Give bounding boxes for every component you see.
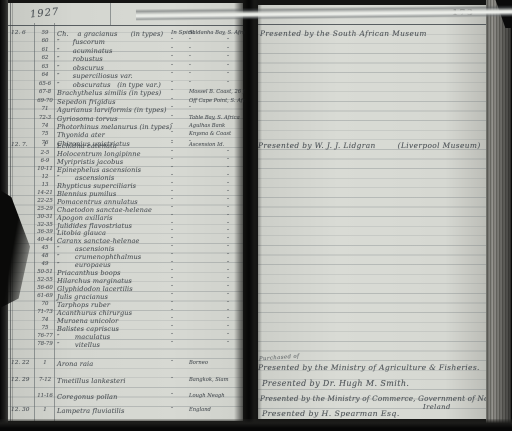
entry-date: 12. 29 (11, 377, 35, 383)
ledger-right-page: 173 Presented by the South African Museu… (258, 5, 486, 419)
locality: ″ (189, 81, 191, 87)
species-name: Holocentrum longipinne (57, 150, 141, 158)
spirit-mark: ″ (171, 106, 173, 112)
spirit-mark: ″ (171, 377, 173, 383)
specimen-number: 22-25 (33, 198, 57, 204)
specimen-number: 65-6 (33, 81, 57, 87)
spirit-mark: ″ (171, 407, 173, 413)
specimen-number: 78-79 (33, 341, 57, 347)
spirit-mark: ″ (171, 269, 173, 275)
spirit-mark: ″ (171, 229, 173, 235)
locality-ditto: ″ (227, 253, 229, 259)
locality-ditto: ″ (227, 301, 229, 307)
locality-ditto: ″ (227, 341, 229, 347)
spirit-mark: ″ (171, 182, 173, 188)
species-name: Myripristis jacobus (57, 158, 123, 166)
locality-ditto: ″ (227, 38, 229, 44)
specimen-number: 11-16 (33, 393, 57, 399)
specimen-number: 72-3 (33, 115, 57, 121)
entry-date: 12. 7. (11, 142, 35, 148)
specimen-number: 1 (33, 360, 57, 366)
specimen-number: 32-35 (33, 222, 57, 228)
locality: ″ (189, 55, 191, 61)
species-name: Tmetillus lankesteri (57, 377, 126, 385)
species-name: Pomacentrus annulatus (57, 198, 138, 206)
entry-date: 12. 22 (11, 360, 35, 366)
top-rule-line (8, 25, 243, 26)
spirit-mark: ″ (171, 38, 173, 44)
spirit-mark: ″ (171, 72, 173, 78)
locality-ditto: ″ (227, 166, 229, 172)
spirit-mark: ″ (171, 253, 173, 259)
species-name: Rhypticus superciliaris (57, 182, 136, 190)
species-name: Priacanthus boops (57, 269, 121, 277)
table-row: 11-16Coregonus pollan″Lough Neagh (8, 393, 243, 402)
locality-ditto: ″ (227, 55, 229, 61)
spirit-mark: ″ (171, 142, 173, 148)
spirit-mark: ″ (171, 174, 173, 180)
species-name: Sepedon frigidus (57, 98, 116, 106)
locality-ditto: ″ (227, 222, 229, 228)
locality-ditto: ″ (227, 261, 229, 267)
species-name: Caranx sanctae-helenae (57, 237, 140, 245)
locality-ditto: ″ (227, 206, 229, 212)
specimen-number: 64 (33, 72, 57, 78)
locality-ditto: ″ (227, 158, 229, 164)
specimen-number: 40-44 (33, 237, 57, 243)
spirit-mark: ″ (171, 98, 173, 104)
species-name: ″ crumenophthalmus (57, 253, 141, 261)
ledger-left-page: 1927 12. 659Ch. a gracianus (in types)In… (8, 3, 243, 421)
locality-ditto: ″ (227, 285, 229, 291)
specimen-number: 70 (33, 301, 57, 307)
spirit-mark: ″ (171, 261, 173, 267)
entry-date: 12. 30 (11, 407, 35, 413)
book-gutter (234, 0, 262, 431)
specimen-number: 14-21 (33, 190, 57, 196)
locality: ″ (189, 47, 191, 53)
locality-ditto: ″ (227, 317, 229, 323)
spirit-mark: ″ (171, 158, 173, 164)
locality: Knysna & Coast (189, 131, 231, 137)
locality-ditto: ″ (227, 269, 229, 275)
table-row: 12. 297-12Tmetillus lankesteri″Bangkok, … (8, 377, 243, 386)
spirit-mark: ″ (171, 206, 173, 212)
locality-ditto: ″ (227, 293, 229, 299)
species-name: Agurianus larviformis (in types) (57, 106, 167, 114)
donor-note: Presented by the Ministry of Commerce, G… (260, 394, 512, 403)
species-name: Epinephelus ascensionis (57, 166, 141, 174)
specimen-number: 36-39 (33, 229, 57, 235)
spirit-mark: ″ (171, 317, 173, 323)
species-name: Thyonida ater (57, 131, 105, 139)
donor-note: Presented by W. J. J. Lidgran (Liverpool… (258, 141, 481, 150)
ledger-scan-photo: 1927 12. 659Ch. a gracianus (in types)In… (0, 0, 512, 431)
donor-note: Presented by the South African Museum (260, 29, 427, 38)
specimen-number: 2-5 (33, 150, 57, 156)
species-name: Ch. a gracianus (in types) (57, 30, 163, 38)
top-rule-line (258, 24, 486, 25)
locality-ditto: ″ (227, 182, 229, 188)
spirit-mark: ″ (171, 123, 173, 129)
specimen-number: 7-12 (33, 377, 57, 383)
locality-ditto: ″ (227, 72, 229, 78)
spirit-mark: ″ (171, 237, 173, 243)
spirit-mark: ″ (171, 245, 173, 251)
spirit-mark: ″ (171, 222, 173, 228)
specimen-number: 61 (33, 47, 57, 53)
species-name: Blennius pumilus (57, 190, 116, 198)
spirit-mark: ″ (171, 393, 173, 399)
specimen-number: 61-69 (33, 293, 57, 299)
specimen-number: 30-31 (33, 214, 57, 220)
locality: Borneo (189, 360, 208, 366)
specimen-number: 10-11 (33, 166, 57, 172)
specimen-number: 48 (33, 253, 57, 259)
spirit-mark: ″ (171, 150, 173, 156)
locality-ditto: ″ (227, 190, 229, 196)
specimen-number: 76-77 (33, 333, 57, 339)
donor-note-struck: Purchased of (259, 354, 300, 363)
year-label: 1927 (30, 6, 60, 20)
table-row: 12. 221Arona raia″Borneo (8, 360, 243, 369)
specimen-number: 69-70 (33, 98, 57, 104)
spirit-mark: ″ (171, 115, 173, 121)
specimen-number: 56-60 (33, 285, 57, 291)
locality-ditto: ″ (227, 325, 229, 331)
specimen-number: 75 (33, 325, 57, 331)
book-bottom-edge (0, 419, 512, 431)
spirit-mark: ″ (171, 285, 173, 291)
spirit-mark: ″ (171, 198, 173, 204)
donor-note-continued: Ireland (423, 403, 451, 411)
species-name: ″ maculatus (57, 333, 110, 341)
specimen-number: 25-29 (33, 206, 57, 212)
donor-note: Presented by the Ministry of Agriculture… (258, 363, 480, 372)
spirit-mark: ″ (171, 190, 173, 196)
donor-note: Presented by Dr. Hugh M. Smith. (262, 379, 409, 388)
specimen-number: 1 (33, 407, 57, 413)
species-name: Glyphidodon lacertilis (57, 285, 133, 293)
spirit-mark: ″ (171, 293, 173, 299)
locality-ditto: ″ (227, 245, 229, 251)
specimen-number: 49 (33, 261, 57, 267)
specimen-number: 52-55 (33, 277, 57, 283)
locality: ″ (189, 106, 191, 112)
specimen-number: 71 (33, 106, 57, 112)
locality-ditto: ″ (227, 174, 229, 180)
species-name: ″ fuscorum (57, 38, 105, 46)
species-name: ″ superciliosus var. (57, 72, 133, 80)
spirit-mark: ″ (171, 131, 173, 137)
species-name: ″ ascensionis (57, 174, 114, 182)
locality-ditto: ″ (227, 214, 229, 220)
spirit-mark: ″ (171, 277, 173, 283)
specimen-number: 74 (33, 317, 57, 323)
spirit-mark: ″ (171, 309, 173, 315)
spirit-mark: ″ (171, 47, 173, 53)
species-name: ″ vitellus (57, 341, 100, 349)
spirit-mark: ″ (171, 55, 173, 61)
locality-ditto: ″ (227, 309, 229, 315)
species-name: Photorhinus melanurus (in types) (57, 123, 172, 131)
species-name: Arona raia (57, 360, 93, 368)
table-row: 78-79″ vitellus″″ (8, 341, 243, 350)
specimen-number: 74 (33, 123, 57, 129)
locality: Bangkok, Siam (189, 377, 229, 383)
species-name: ″ acuminatus (57, 47, 112, 55)
spirit-mark: ″ (171, 301, 173, 307)
species-name: Tarphops ruber (57, 301, 110, 309)
species-name: ″ obscuratus (in type var.) (57, 81, 161, 89)
locality: Ascension Id. (189, 142, 224, 148)
spirit-mark: ″ (171, 89, 173, 95)
species-name: Echidna catenata (57, 142, 117, 150)
locality-ditto: ″ (227, 198, 229, 204)
specimen-number: 12 (33, 174, 57, 180)
species-name: ″ obscurus (57, 64, 104, 72)
locality: Table Bay, S. Africa (189, 115, 240, 121)
locality: England (189, 407, 211, 413)
specimen-number: 60 (33, 38, 57, 44)
locality-ditto: ″ (227, 229, 229, 235)
spirit-mark: ″ (171, 166, 173, 172)
specimen-number: 6-9 (33, 158, 57, 164)
spirit-mark: ″ (171, 341, 173, 347)
locality-ditto: ″ (227, 333, 229, 339)
specimen-number: 50-51 (33, 269, 57, 275)
specimen-number: 75 (33, 131, 57, 137)
species-name: Julis gracianus (57, 293, 108, 301)
species-name: Apogon axillaris (57, 214, 113, 222)
specimen-number: 59 (33, 30, 57, 36)
species-name: Gyriosoma torvus (57, 115, 118, 123)
spirit-mark: ″ (171, 325, 173, 331)
spirit-mark: ″ (171, 360, 173, 366)
locality: Lough Neagh (189, 393, 225, 399)
page-stack-shadow (486, 0, 512, 431)
specimen-number: 62 (33, 55, 57, 61)
specimen-number: 1 (33, 142, 57, 148)
locality-ditto: ″ (227, 150, 229, 156)
locality-ditto: ″ (227, 81, 229, 87)
locality: Agulhas Bank (189, 123, 225, 129)
species-name: Muraena unicolor (57, 317, 118, 325)
specimen-number: 13 (33, 182, 57, 188)
species-name: Balistes capriscus (57, 325, 119, 333)
spirit-mark: ″ (171, 333, 173, 339)
spirit-mark: ″ (171, 64, 173, 70)
locality: ″ (189, 64, 191, 70)
specimen-number: 45 (33, 245, 57, 251)
spirit-mark: ″ (171, 81, 173, 87)
spirit-mark: ″ (171, 214, 173, 220)
species-name: Chaetodon sanctae-helenae (57, 206, 152, 214)
locality-ditto: ″ (227, 64, 229, 70)
specimen-number: 63 (33, 64, 57, 70)
locality-ditto: ″ (227, 47, 229, 53)
donor-note: Presented by H. Spearman Esq. (262, 409, 400, 418)
species-name: Brachythelus similis (in types) (57, 89, 161, 97)
species-name: Lampetra fluviatilis (57, 407, 124, 415)
species-name: ″ robustus (57, 55, 103, 63)
species-name: Coregonus pollan (57, 393, 117, 401)
table-row: 12. 301Lampetra fluviatilis″England (8, 407, 243, 416)
locality: ″ (189, 38, 191, 44)
locality: ″ (189, 72, 191, 78)
locality-ditto: ″ (227, 277, 229, 283)
specimen-number: 67-8 (33, 89, 57, 95)
entry-date: 12. 6 (11, 30, 35, 36)
header-column-rule (110, 3, 111, 25)
species-name: Acanthurus chirurgus (57, 309, 132, 317)
species-name: Hilarchus marginatus (57, 277, 132, 285)
locality-ditto: ″ (227, 237, 229, 243)
specimen-number: 71-73 (33, 309, 57, 315)
